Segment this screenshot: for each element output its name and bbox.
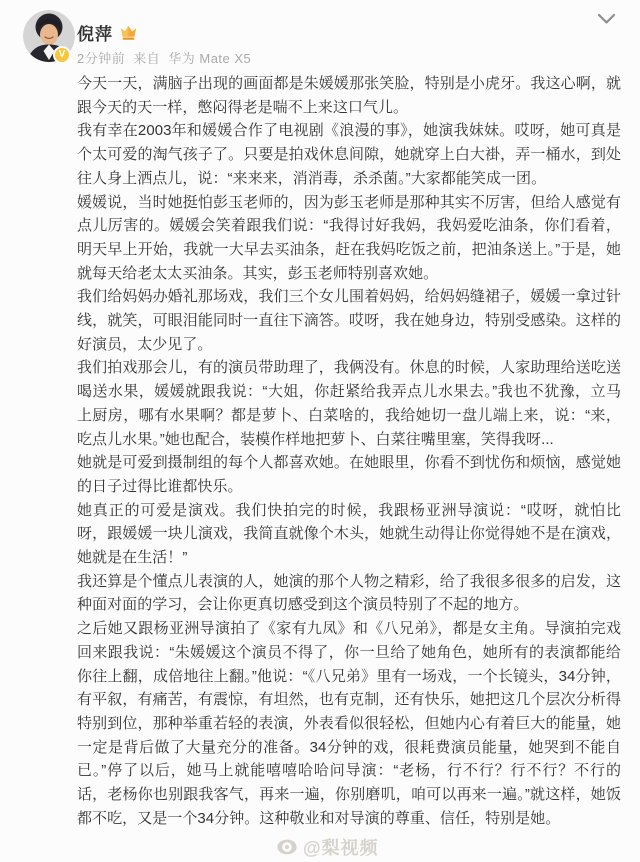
post-paragraph: 我还算是个懂点儿表演的人，她演的那个人物之精彩，给了我很多很多的启发，这种面对面… xyxy=(77,570,621,617)
post-paragraph: 我们给妈妈办婚礼那场戏，我们三个女儿围着妈妈，给妈妈缝裙子，媛媛一拿过针线，就笑… xyxy=(77,285,621,356)
post-meta: 2分钟前 来自 华为 Mate X5 xyxy=(77,48,251,67)
watermark: @梨视频 xyxy=(276,834,379,860)
watermark-handle: @梨视频 xyxy=(303,834,379,860)
chevron-down-icon xyxy=(597,13,616,25)
weibo-post: V 倪萍 2分钟前 来自 华为 Mate X5 今天一天，满脑子出现的画面都是朱… xyxy=(0,0,640,862)
post-paragraph: 之后她又跟杨亚洲导演拍了《家有九凤》和《八兄弟》，都是女主角。导演拍完戏回来跟我… xyxy=(77,617,621,830)
author-header: 倪萍 xyxy=(77,20,138,45)
post-paragraph: 她就是可爱到摄制组的每个人都喜欢她。在她眼里，你看不到忧伤和烦恼，感觉她的日子过… xyxy=(77,451,621,498)
post-time: 2分钟前 xyxy=(77,48,125,67)
post-source-device[interactable]: 华为 Mate X5 xyxy=(168,48,251,67)
post-via-label: 来自 xyxy=(133,48,160,67)
post-paragraph: 我有幸在2003年和媛媛合作了电视剧《浪漫的事》，她演我妹妹。哎呀，她可真是个太… xyxy=(77,119,621,190)
author-name[interactable]: 倪萍 xyxy=(77,20,113,45)
vip-crown-icon xyxy=(119,23,138,42)
post-paragraph: 媛媛说，当时她挺怕彭玉老师的，因为彭玉老师是那种其实不厉害，但给人感觉有点儿厉害… xyxy=(77,191,621,286)
verified-v-icon: V xyxy=(53,46,71,64)
weibo-logo-icon xyxy=(276,836,298,858)
post-paragraph: 她真正的可爱是演戏。我们快拍完的时候，我跟杨亚洲导演说：“哎呀，就怕比呀，跟媛媛… xyxy=(77,499,621,570)
post-menu-button[interactable] xyxy=(594,10,618,30)
post-paragraph: 我们拍戏那会儿，有的演员带助理了，我俩没有。休息的时候，人家助理给送吃送喝送水果… xyxy=(77,356,621,451)
post-paragraph: 今天一天，满脑子出现的画面都是朱媛媛那张笑脸，特别是小虎牙。我这心啊，就跟今天的… xyxy=(77,72,621,119)
post-content: 今天一天，满脑子出现的画面都是朱媛媛那张笑脸，特别是小虎牙。我这心啊，就跟今天的… xyxy=(77,72,621,831)
